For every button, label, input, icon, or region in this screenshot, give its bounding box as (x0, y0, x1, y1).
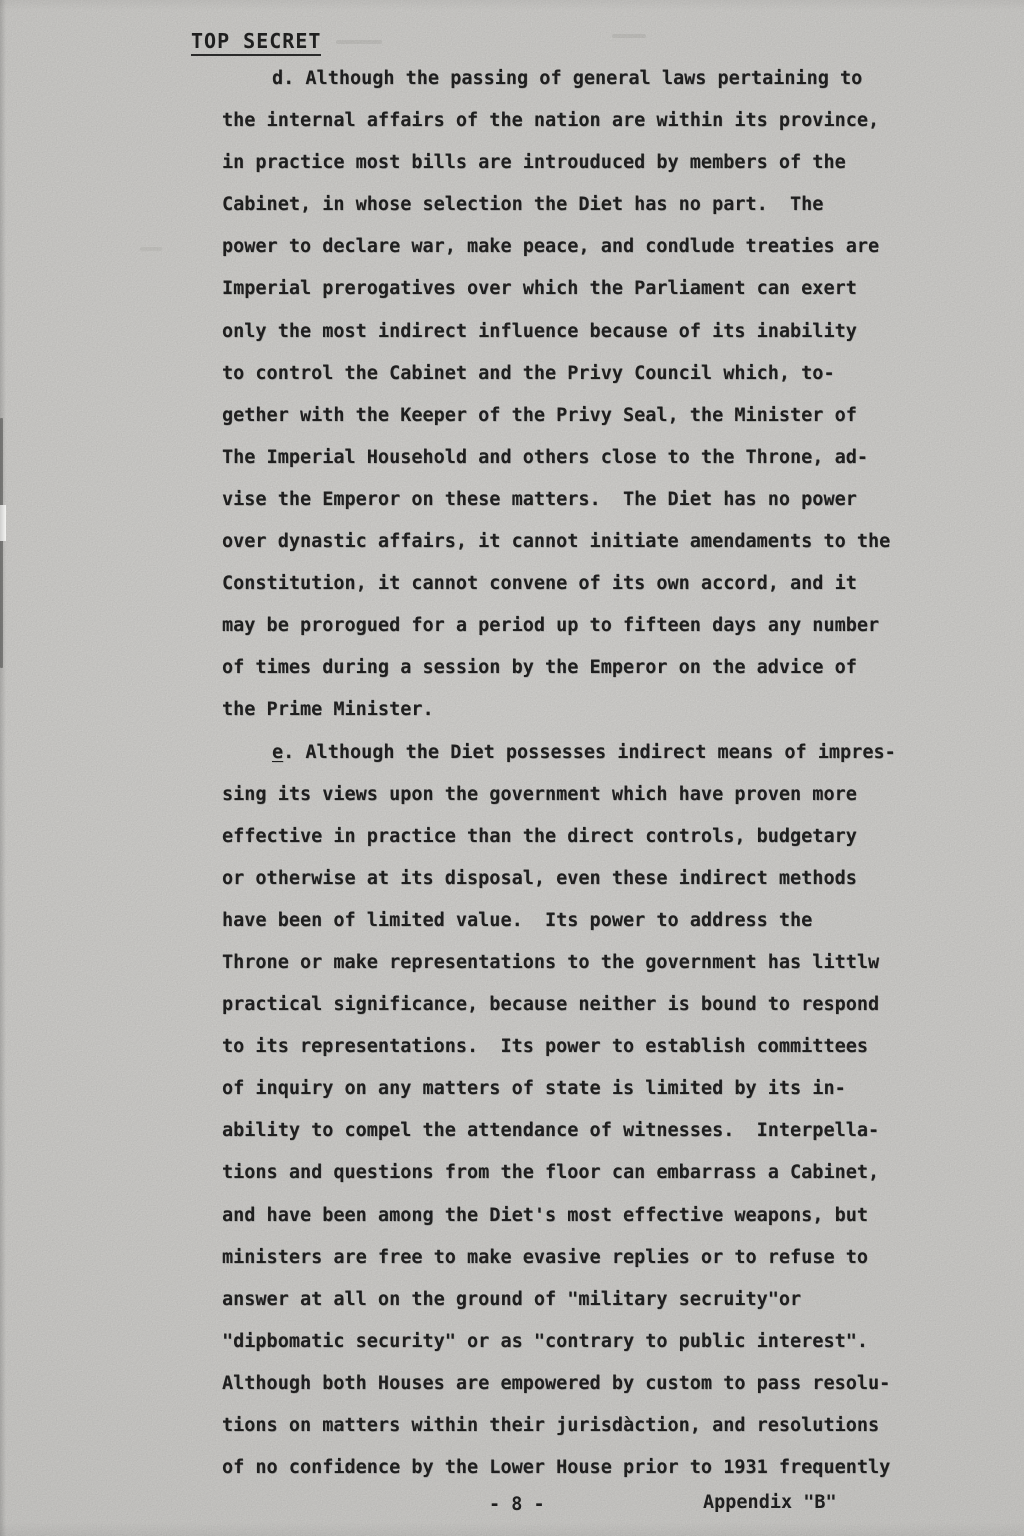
text-line: ministers are free to make evasive repli… (222, 1237, 982, 1279)
text-line: to control the Cabinet and the Privy Cou… (222, 353, 982, 395)
text-line: only the most indirect influence because… (222, 311, 982, 353)
text-line: to its representations. Its power to est… (222, 1026, 982, 1068)
text-line: "dipbomatic security" or as "contrary to… (222, 1321, 982, 1363)
text-line-paragraph-e: e. Although the Diet possesses indirect … (222, 732, 982, 774)
text-line: Although both Houses are empowered by cu… (222, 1363, 982, 1405)
page-number: - 8 - (489, 1494, 545, 1515)
text-line: ability to compel the attendance of witn… (222, 1110, 982, 1152)
text-line: sing its views upon the government which… (222, 774, 982, 816)
text-line: the internal affairs of the nation are w… (222, 100, 982, 142)
text-line: of no confidence by the Lower House prio… (222, 1447, 982, 1489)
scan-edge-notch-artifact (0, 505, 6, 541)
classification-header: TOP SECRET (191, 29, 321, 56)
text-line: answer at all on the ground of "military… (222, 1279, 982, 1321)
scan-smudge (140, 247, 162, 251)
text-line: d. Although the passing of general laws … (222, 58, 982, 100)
text-line: Constitution, it cannot convene of its o… (222, 563, 982, 605)
text-line: tions on matters within their jurisdàcti… (222, 1405, 982, 1447)
text-line: Cabinet, in whose selection the Diet has… (222, 184, 982, 226)
text-line: of inquiry on any matters of state is li… (222, 1068, 982, 1110)
text-line: Imperial prerogatives over which the Par… (222, 268, 982, 310)
scan-smudge (336, 40, 382, 44)
text-line: gether with the Keeper of the Privy Seal… (222, 395, 982, 437)
text-line: of times during a session by the Emperor… (222, 647, 982, 689)
text-line: vise the Emperor on these matters. The D… (222, 479, 982, 521)
text-line: . Although the Diet possesses indirect m… (283, 742, 896, 763)
text-line: and have been among the Diet's most effe… (222, 1195, 982, 1237)
text-line: the Prime Minister. (222, 689, 982, 731)
text-line: power to declare war, make peace, and co… (222, 226, 982, 268)
text-line: over dynastic affairs, it cannot initiat… (222, 521, 982, 563)
text-line: effective in practice than the direct co… (222, 816, 982, 858)
text-line: Throne or make representations to the go… (222, 942, 982, 984)
appendix-label: Appendix "B" (703, 1492, 837, 1513)
text-line: The Imperial Household and others close … (222, 437, 982, 479)
text-line: tions and questions from the floor can e… (222, 1152, 982, 1194)
document-body: d. Although the passing of general laws … (222, 58, 982, 1489)
text-line: practical significance, because neither … (222, 984, 982, 1026)
text-line: or otherwise at its disposal, even these… (222, 858, 982, 900)
scan-smudge (612, 34, 646, 38)
text-line: may be prorogued for a period up to fift… (222, 605, 982, 647)
scan-edge-artifact (0, 418, 3, 668)
text-line: in practice most bills are introuduced b… (222, 142, 982, 184)
scanned-page: TOP SECRET d. Although the passing of ge… (0, 0, 1024, 1536)
text-line: have been of limited value. Its power to… (222, 900, 982, 942)
paragraph-marker: e (272, 742, 283, 763)
